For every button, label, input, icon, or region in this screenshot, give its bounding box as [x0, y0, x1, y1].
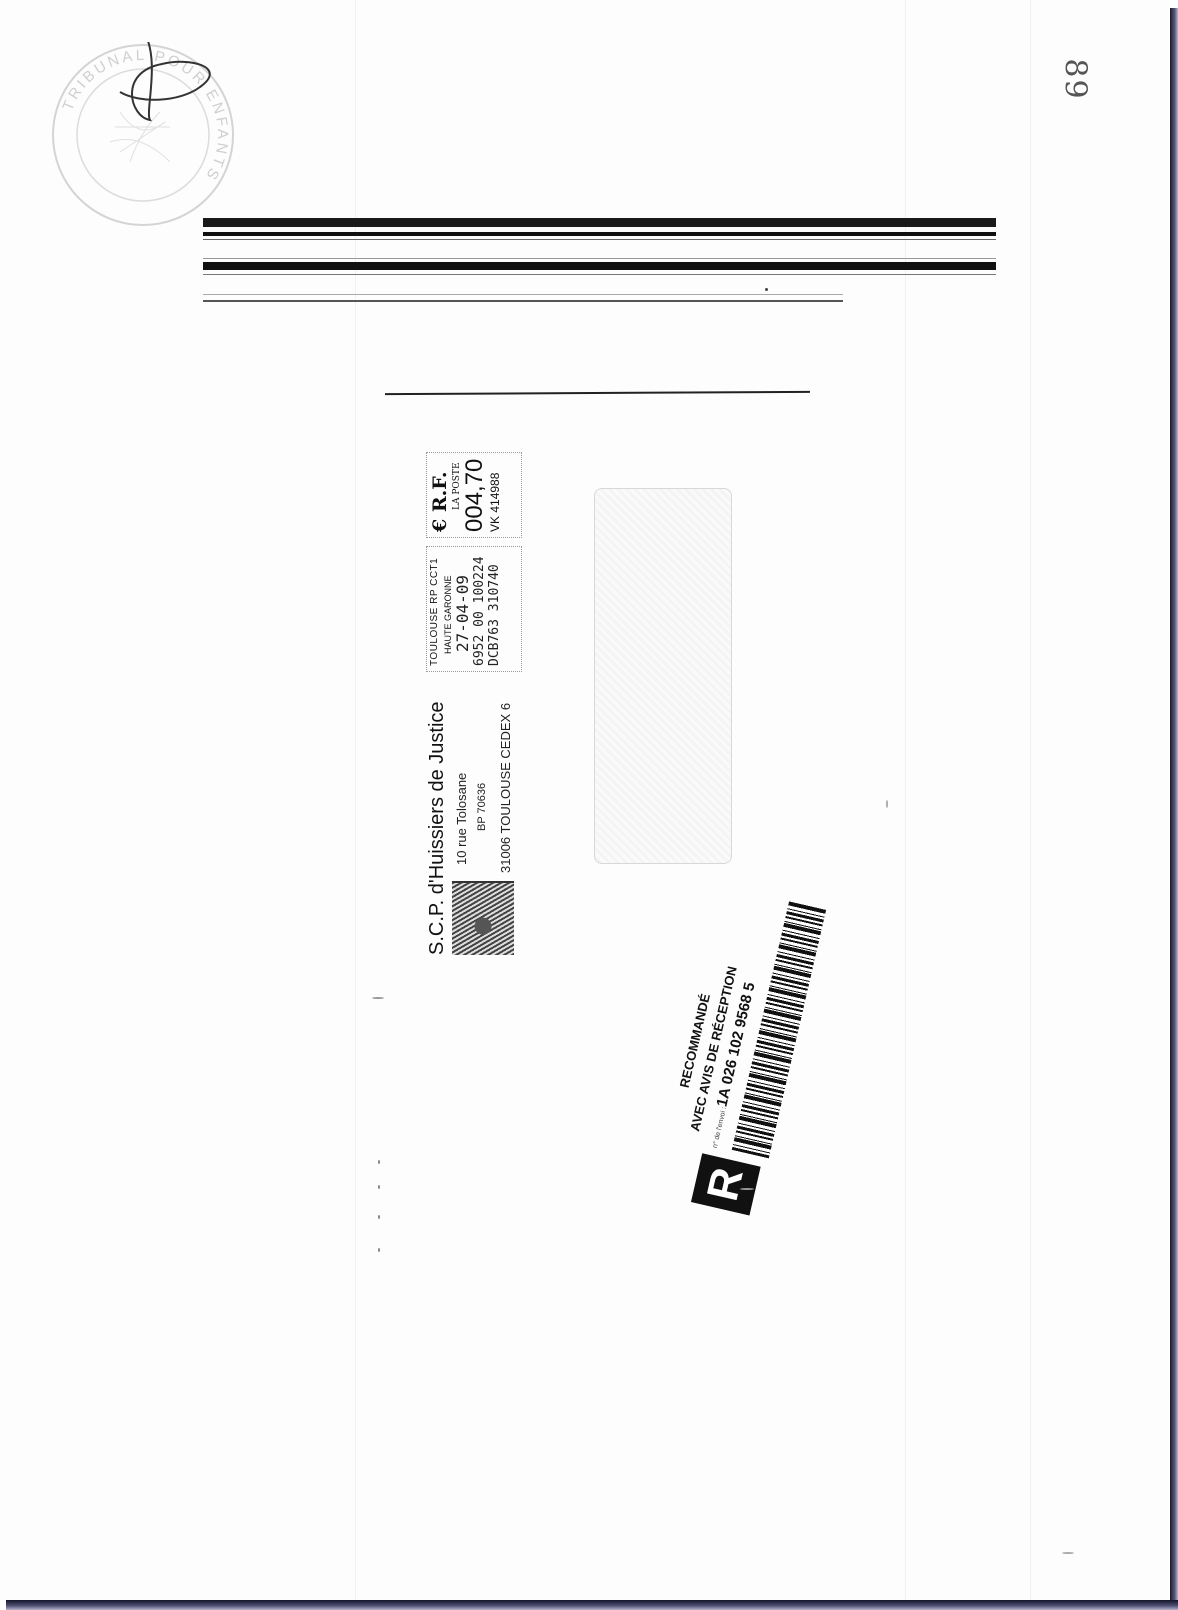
sender-street: 10 rue Tolosane	[454, 773, 469, 865]
sender-block: S.C.P. d'Huissiers de Justice 10 rue Tol…	[424, 701, 520, 955]
header-rule	[203, 232, 996, 236]
header-rule	[203, 258, 996, 259]
court-seal: TRIBUNAL POUR ENFANTS	[50, 42, 236, 228]
header-rule	[203, 218, 996, 227]
header-rule	[203, 262, 996, 270]
meter-machine-id: VK 414988	[488, 459, 502, 532]
scan-speck	[378, 1185, 380, 1189]
header-rule	[203, 294, 843, 295]
postmark-office: TOULOUSE RP CCT1	[428, 556, 442, 666]
scan-speck	[1062, 1552, 1074, 1554]
page-shadow-right	[1170, 8, 1178, 1610]
scan-speck	[886, 800, 888, 808]
tracking-number-label: n° de l'envoi :	[712, 1106, 728, 1148]
header-rule	[203, 300, 843, 302]
scanned-page: TRIBUNAL POUR ENFANTS 89 € R.F. LA POSTE…	[0, 0, 1170, 1600]
meter-amount: 004,70	[462, 459, 488, 532]
postage-meter: € R.F. LA POSTE 004,70 VK 414988	[428, 459, 502, 532]
scan-streak	[905, 0, 906, 1600]
bailiff-emblem-icon	[452, 881, 514, 955]
postmark-code: 6952 00 100224	[472, 556, 487, 666]
scan-speck	[378, 1215, 380, 1219]
scan-speck	[765, 288, 768, 291]
page-shadow-bottom	[6, 1600, 1178, 1610]
registered-mail-label: R RECOMMANDÉ AVEC AVIS DE RÉCEPTION n° d…	[652, 881, 836, 1219]
postmark: TOULOUSE RP CCT1 HAUTE GARONNE 27-04-09 …	[428, 556, 502, 666]
header-rule	[203, 239, 996, 240]
sender-po-box: BP 70636	[476, 783, 488, 831]
postmark-id: DCB763 310740	[487, 556, 502, 666]
postmark-date: 27-04-09	[454, 556, 472, 666]
envelope-edge	[385, 391, 810, 395]
registered-badge: R	[691, 1153, 761, 1215]
header-rule	[203, 274, 996, 275]
scan-streak	[355, 0, 356, 1600]
sender-name: S.C.P. d'Huissiers de Justice	[424, 701, 450, 955]
scan-streak	[1030, 0, 1031, 1600]
scan-speck	[378, 1160, 380, 1164]
handwritten-page-number: 89	[1058, 58, 1093, 100]
sender-city: 31006 TOULOUSE CEDEX 6	[498, 703, 513, 873]
scan-speck	[740, 1188, 754, 1190]
scan-speck	[378, 1248, 380, 1252]
court-seal-icon: TRIBUNAL POUR ENFANTS	[50, 42, 236, 228]
meter-currency: € R.F.	[428, 459, 452, 532]
envelope-window	[594, 488, 732, 864]
scan-speck	[372, 997, 384, 999]
